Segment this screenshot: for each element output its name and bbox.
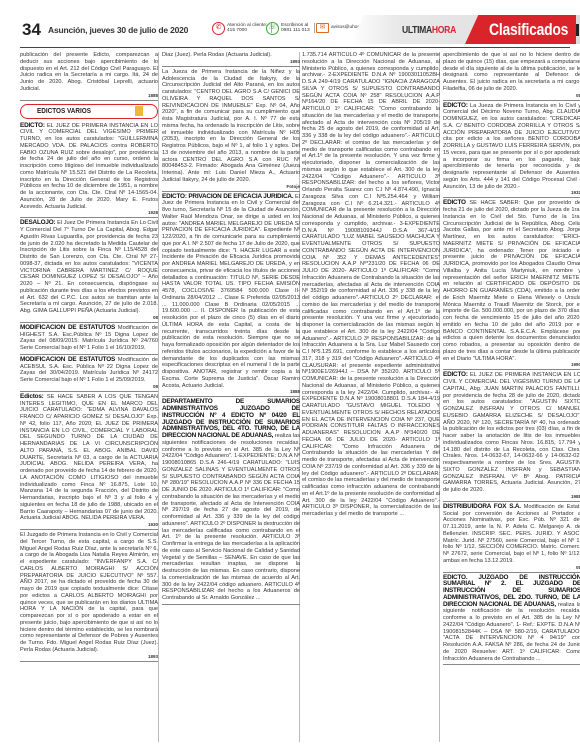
classified-item: publicación del presente Edicto, compare…: [20, 52, 158, 101]
header-rule: [20, 47, 570, 48]
brand-hora: HORA: [432, 24, 456, 36]
section-header-edictos-varios: EDICTOS VARIOS: [20, 104, 158, 119]
classified-text: publicación del presente Edicto, compare…: [20, 52, 158, 92]
column-4: apercibimiento de que si así no lo hicie…: [443, 52, 580, 740]
classified-code: 08: [443, 93, 580, 98]
contact-phone-label: Atención al cliente:: [227, 23, 267, 28]
classified-item: EDICTO: EL JUEZ DE PRIMERA INSTANCIA EN …: [20, 123, 158, 219]
brand-logo: ULTIMAHORA: [402, 24, 456, 36]
classified-head: Edictos:: [20, 393, 44, 400]
classified-item: EDICTO. JUZGADO DE INSTRUCCIÓN SUMARIAL …: [443, 575, 580, 666]
classified-item: El Juzgado de Primera Instancia en lo Ci…: [20, 532, 158, 662]
classified-head: EDICTO: [443, 199, 466, 206]
classified-item: 1.735.714 ARTICULO 4º COMUNICAR de la pr…: [302, 52, 440, 520]
classified-item: DEPARTAMENTO DE SUMARIOS ADMINISTRATIVOS…: [162, 399, 300, 605]
classified-text: apercibimiento de que si así no lo hicie…: [443, 52, 580, 92]
classified-item: EDICTO SE HACE SABER: Que por proveído d…: [443, 200, 580, 370]
contact-whatsapp-value: 0981 111 013: [281, 28, 310, 33]
classified-head: DESALOJO:: [20, 219, 55, 226]
classified-text: El Juzgado de Primera Instancia en lo Ci…: [20, 532, 158, 653]
classified-head: DISTRIBUIDORA FOX S.A.: [443, 503, 521, 510]
column-1: publicación del presente Edicto, compare…: [20, 52, 158, 740]
contact-whatsapp: ☏ Escribinos al0981 111 013: [266, 17, 315, 39]
classified-code: 1990: [443, 362, 580, 367]
section-header-label: EDICTOS VARIOS: [37, 108, 91, 115]
classified-code: 1893: [20, 654, 158, 659]
classified-head: EDICTO:: [443, 102, 468, 109]
classified-text: SE HACE SABER: Que por proveído de fecha…: [443, 200, 580, 361]
classified-text: EL JUEZ DE PRIMERA INSTANCIA EN LO CIVIL…: [20, 123, 158, 210]
banner-tail: [576, 24, 579, 36]
page-number: 34: [22, 20, 41, 40]
classified-item: DISTRIBUIDORA FOX S.A. Modificación de E…: [443, 504, 580, 573]
phone-icon: ✆: [212, 22, 225, 35]
page-date: Asunción, jueves 30 de julio de 2020: [48, 25, 188, 35]
classified-code: 1988: [443, 494, 580, 499]
classified-text: La Jueza de Primera Instancia en lo Civi…: [443, 103, 580, 190]
contact-whatsapp-label: Escribinos al: [281, 23, 308, 28]
contact-phone-value: 415 7000: [227, 28, 247, 33]
classified-text: La Jueza de Primera Instancia de la Niñe…: [162, 69, 300, 183]
classified-head: MODIFICACION DE ESTATUTOS: [20, 324, 115, 331]
classified-item: DESALOJO: El Juez De Primera Instancia E…: [20, 220, 158, 323]
classified-head: EDICTO:: [443, 371, 468, 378]
classified-item: MODIFICACION DE ESTATUTOS Modificación d…: [20, 325, 158, 355]
classified-text: El Juez de Primera Instancia en lo Civil…: [162, 194, 300, 389]
brand-ultima: ULTIMA: [402, 24, 432, 36]
page-header: 34 Asunción, jueves 30 de julio de 2020 …: [0, 0, 580, 44]
section-flag-icon: [135, 106, 143, 116]
classified-head: EDICTO:: [20, 122, 45, 129]
classified-text: SE HACE SABER A LOS QUE TENGAN INTERES L…: [20, 394, 158, 522]
classified-text: Modificación de Estat. Social por conver…: [443, 504, 580, 564]
classified-item: La Jueza de Primera Instancia de la Niñe…: [162, 69, 300, 192]
classified-text: 1.735.714 ARTICULO 4º COMUNICAR de la pr…: [302, 52, 440, 517]
classified-code: 08: [20, 315, 158, 320]
classified-text: Diaz (Juez). Perla Rodas (Actuaria Judic…: [162, 52, 272, 58]
classified-item: apercibimiento de que si así no lo hicie…: [443, 52, 580, 101]
classified-text: realiza las siguientes notificaciones de…: [162, 433, 300, 601]
classified-code: 1930: [20, 522, 158, 527]
classified-item: Diaz (Juez). Perla Rodas (Actuaria Judic…: [162, 52, 300, 67]
mail-icon: ✉: [316, 23, 329, 33]
classified-code: 1893: [162, 59, 300, 64]
column-2: Diaz (Juez). Perla Rodas (Actuaria Judic…: [162, 52, 300, 740]
classified-text: EL JUEZ DE PRIMERA INSTANCIA EN LO CIVIL…: [443, 372, 580, 493]
classified-code: 08: [443, 565, 580, 570]
contact-phone: ✆ Atención al cliente:415 7000: [212, 17, 272, 39]
classified-head: EDICTO: PRIVACION DE EFICACIA JURIDICA.: [162, 193, 293, 200]
classified-code: 1888: [20, 93, 158, 98]
section-banner: Clasificados: [465, 15, 576, 44]
classified-code: 1888: [162, 389, 300, 394]
classified-code: 08: [20, 384, 158, 389]
classified-text: El Juez De Primera Instancia En Lo Civil…: [20, 220, 158, 314]
classified-code: 1928: [20, 210, 158, 215]
column-divider: [158, 52, 159, 742]
divider: [314, 23, 315, 33]
classified-item: EDICTO: La Jueza de Primera Instancia en…: [443, 103, 580, 199]
whatsapp-icon: ☏: [266, 22, 279, 35]
classified-item: EDICTO: EL JUEZ DE PRIMERA INSTANCIA EN …: [443, 372, 580, 502]
classified-text: realiza la siguiente notificación de la …: [443, 602, 580, 662]
section-title: Clasificados: [489, 20, 568, 40]
classified-head: MODIFICACION DE ESTATUTOS: [20, 356, 115, 363]
column-3: 1.735.714 ARTICULO 4º COMUNICAR de la pr…: [302, 52, 440, 740]
classified-item: EDICTO: PRIVACION DE EFICACIA JURIDICA. …: [162, 194, 300, 398]
classified-code: Fotoje: [162, 184, 300, 189]
classified-item: MODIFICACION DE ESTATUTOS Modificación d…: [20, 357, 158, 392]
classified-code: 1932: [443, 190, 580, 195]
classified-item: Edictos: SE HACE SABER A LOS QUE TENGAN …: [20, 394, 158, 530]
